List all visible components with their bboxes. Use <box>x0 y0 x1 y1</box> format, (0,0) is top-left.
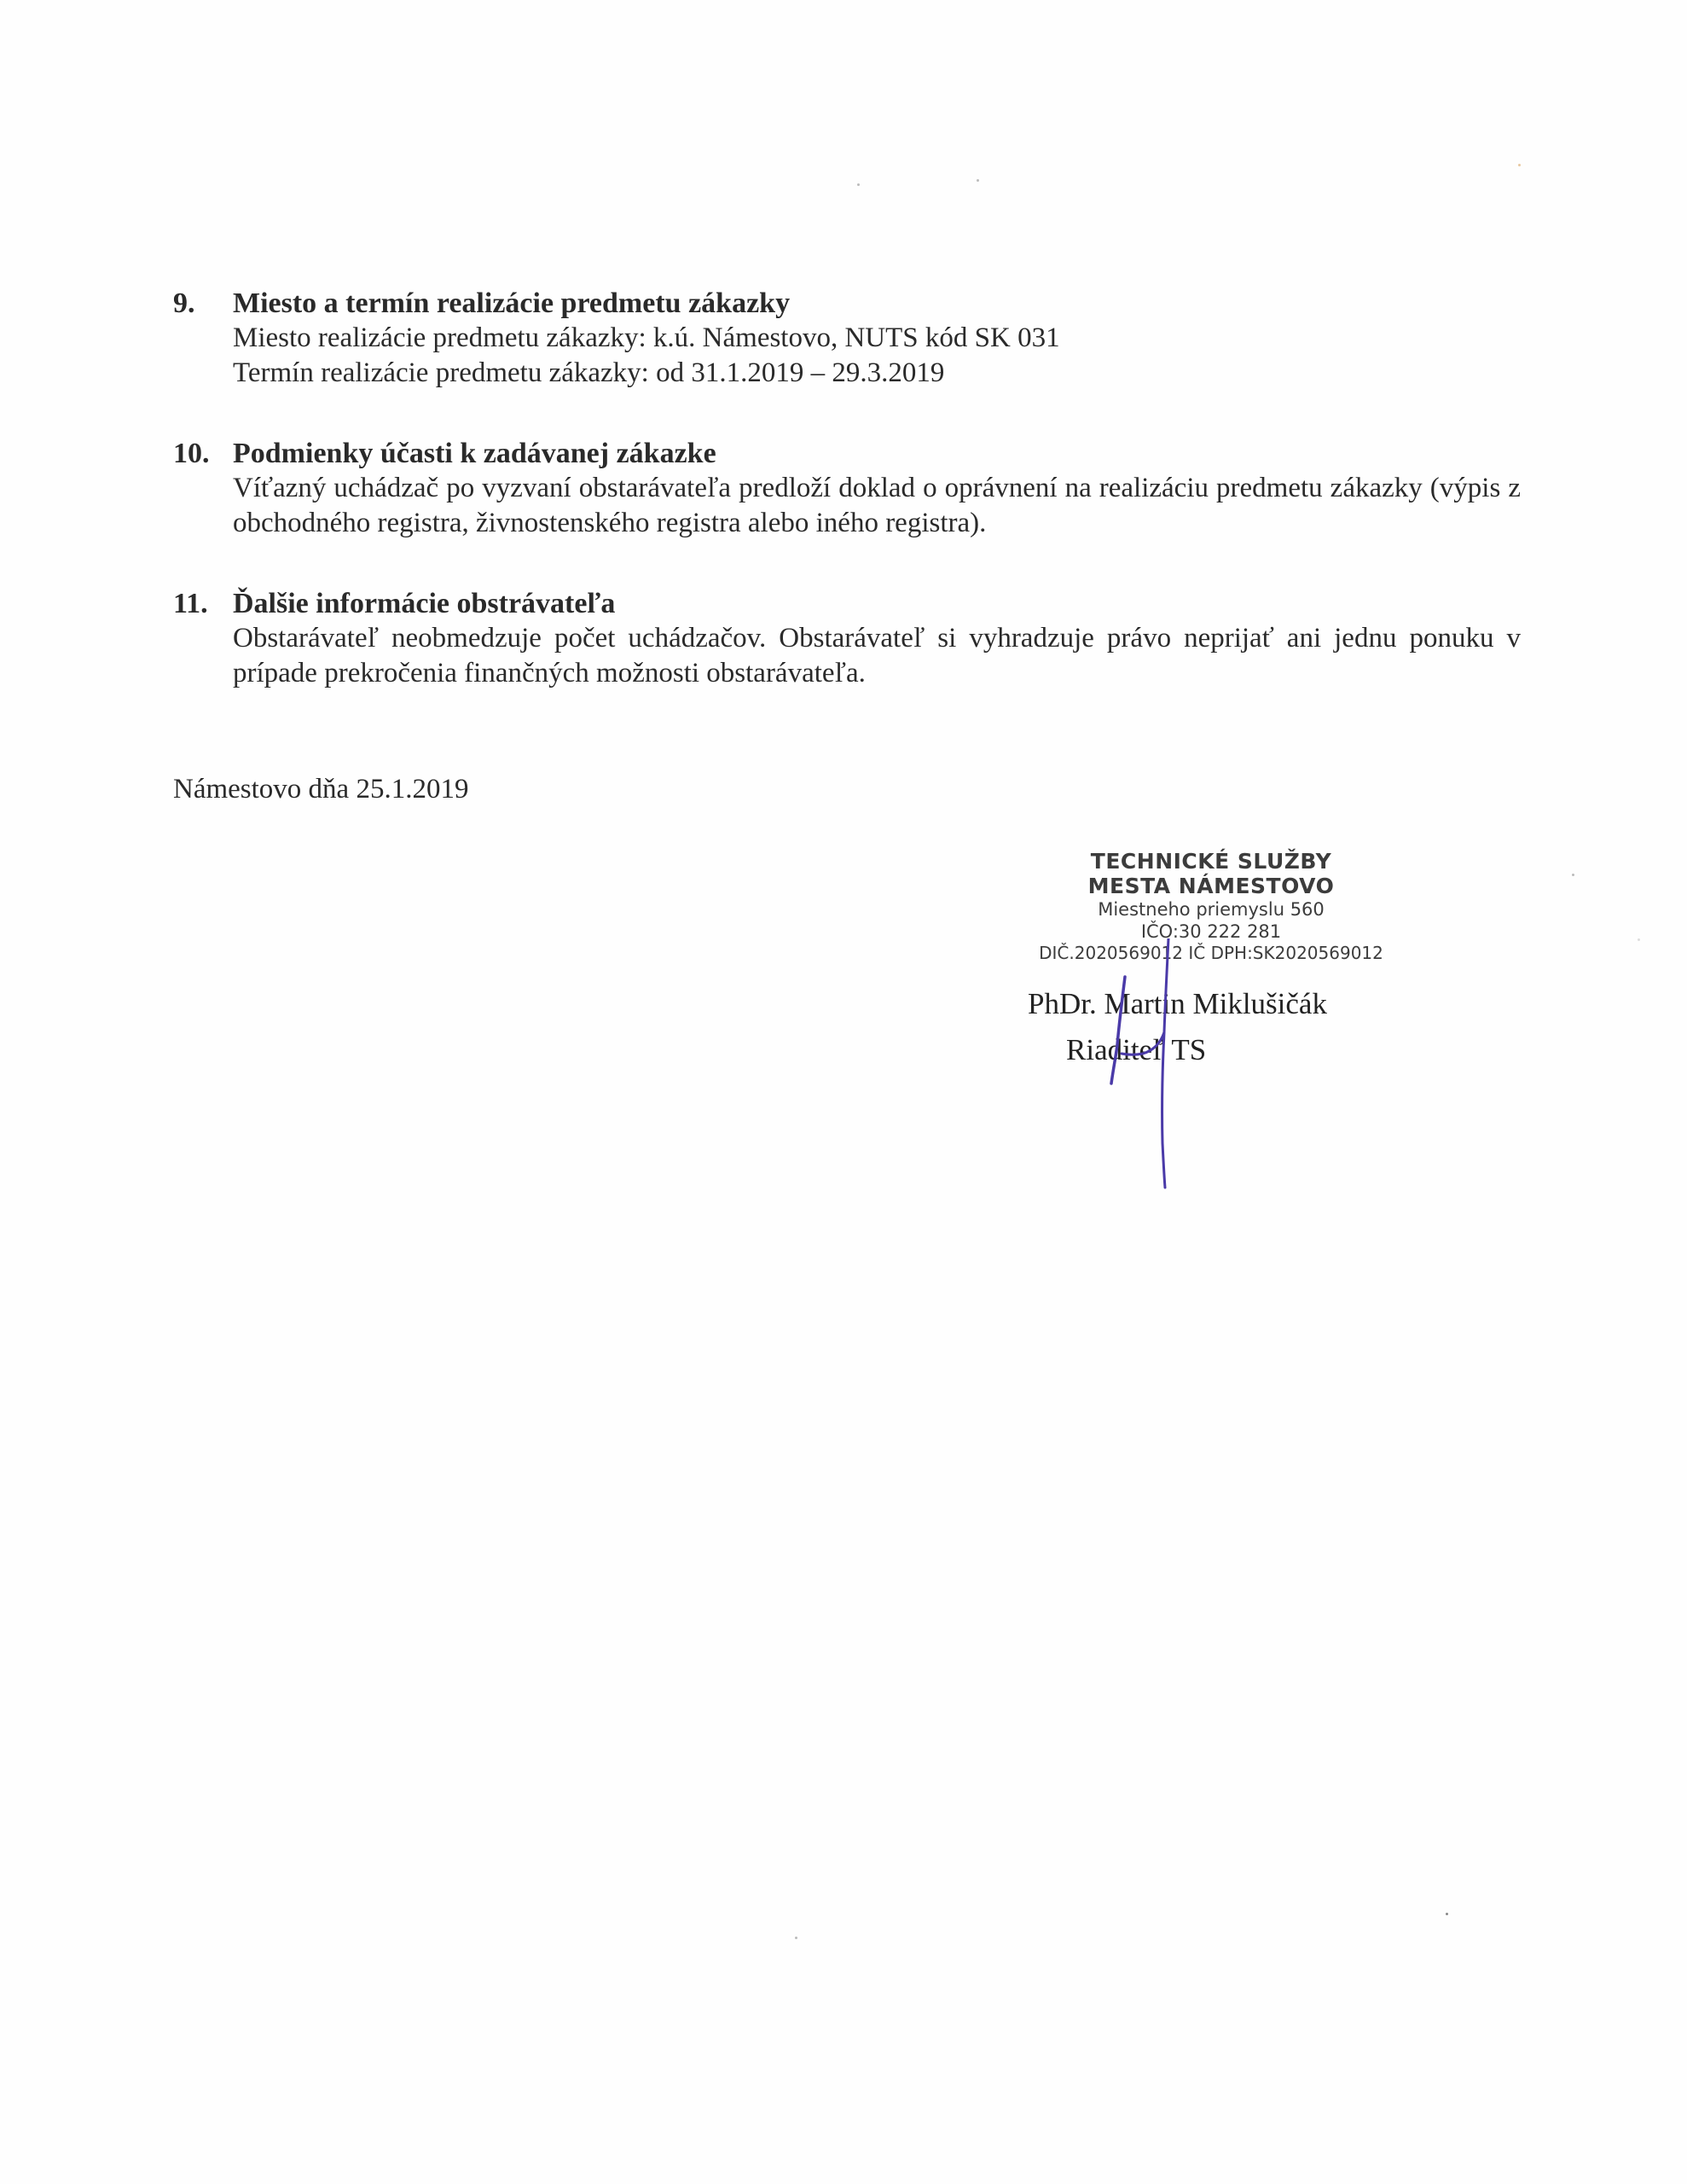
stamp-line-1: TECHNICKÉ SLUŽBY <box>1023 849 1399 874</box>
scan-speck <box>1518 164 1521 166</box>
section-number: 9. <box>173 287 233 321</box>
stamp-address: Miestneho priemyslu 560 <box>1023 898 1399 921</box>
stamp-line-2: MESTA NÁMESTOVO <box>1023 874 1399 898</box>
section-title: Miesto a termín realizácie predmetu záka… <box>233 288 790 319</box>
section-10: 10.Podmienky účasti k zadávanej zákazke … <box>173 437 1521 541</box>
scan-speck <box>857 183 860 186</box>
scan-speck <box>1446 1913 1448 1915</box>
scan-speck <box>1572 874 1574 876</box>
scan-speck <box>977 179 979 182</box>
date-line: Námestovo dňa 25.1.2019 <box>173 772 468 806</box>
stamp-ico: IČO:30 222 281 <box>1023 921 1399 943</box>
stamp-dic: DIČ.2020569012 IČ DPH:SK2020569012 <box>1023 943 1399 964</box>
place-of-delivery: Miesto realizácie predmetu zákazky: k.ú.… <box>233 321 1521 356</box>
delivery-term: Termín realizácie predmetu zákazky: od 3… <box>233 356 1521 391</box>
scan-speck <box>795 1937 797 1939</box>
handwritten-signature-icon <box>1083 938 1203 1194</box>
section-title: Podmienky účasti k zadávanej zákazke <box>233 438 716 469</box>
section-heading: 9.Miesto a termín realizácie predmetu zá… <box>173 287 1521 321</box>
section-heading: 11.Ďalšie informácie obstrávateľa <box>173 587 1521 621</box>
section-title: Ďalšie informácie obstrávateľa <box>233 588 615 619</box>
section-heading: 10.Podmienky účasti k zadávanej zákazke <box>173 437 1521 471</box>
official-stamp: TECHNICKÉ SLUŽBY MESTA NÁMESTOVO Miestne… <box>1023 849 1399 964</box>
section-11: 11.Ďalšie informácie obstrávateľa Obstar… <box>173 587 1521 691</box>
scan-speck <box>1638 938 1640 941</box>
section-paragraph: Obstarávateľ neobmedzuje počet uchádzačo… <box>173 621 1521 691</box>
section-number: 10. <box>173 437 233 471</box>
section-body: Miesto realizácie predmetu zákazky: k.ú.… <box>173 321 1521 391</box>
section-number: 11. <box>173 587 233 621</box>
document-page: 9.Miesto a termín realizácie predmetu zá… <box>0 0 1687 2184</box>
section-paragraph: Víťazný uchádzač po vyzvaní obstarávateľ… <box>173 471 1521 541</box>
section-9: 9.Miesto a termín realizácie predmetu zá… <box>173 287 1521 391</box>
